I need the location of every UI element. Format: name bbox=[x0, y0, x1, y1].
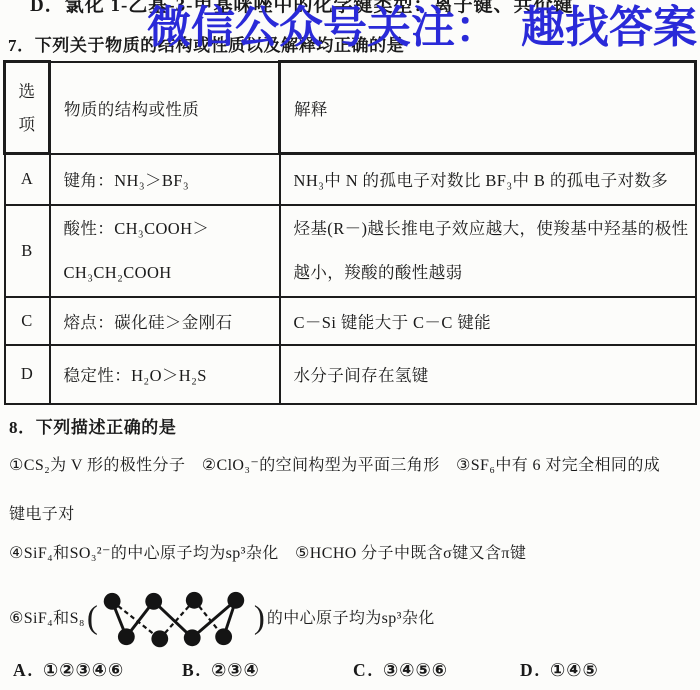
question-8-items-4-5: ④SiF₄和SO₃²⁻的中心原子均为sp³杂化 ⑤HCHO 分子中既含σ键又含π… bbox=[9, 540, 526, 563]
question-8-item-6: ⑥SiF₄和S₈ ( ) 的中心原子均为sp³杂化 bbox=[9, 578, 435, 654]
option-c-value: ③④⑤⑥ bbox=[383, 660, 448, 681]
row-c-explanation: C－Si 键能大于 C－C 键能 bbox=[294, 309, 695, 333]
row-c-option: C bbox=[5, 297, 50, 345]
table-row-a: A 键角：NH₃＞BF₃ NH₃中 N 的孤电子对数比 BF₃中 B 的孤电子对… bbox=[5, 154, 696, 205]
row-a-property: 键角：NH₃＞BF₃ bbox=[64, 167, 279, 191]
table-header-row: 选项 物质的结构或性质 解释 bbox=[5, 62, 696, 154]
exam-page: D．氯化 1-乙基-3-甲基咪唑中的化学键类型：离子键、共价键 微信公众号关注：… bbox=[0, 0, 700, 690]
row-b-option: B bbox=[5, 205, 50, 297]
option-a-value: ①②③④⑥ bbox=[43, 660, 124, 681]
open-paren: ( bbox=[87, 602, 98, 635]
option-a-label: A. bbox=[13, 660, 34, 680]
option-b-value: ②③④ bbox=[211, 660, 260, 681]
question-8-item-3-continued: 键电子对 bbox=[9, 501, 75, 524]
table-row-c: C 熔点：碳化硅＞金刚石 C－Si 键能大于 C－C 键能 bbox=[5, 297, 696, 345]
answer-option-d: D.①④⑤ bbox=[520, 660, 599, 681]
s8-molecule-diagram bbox=[101, 579, 251, 654]
answer-option-b: B.②③④ bbox=[182, 660, 260, 681]
row-a-option: A bbox=[5, 154, 50, 205]
close-paren: ) bbox=[254, 602, 265, 635]
option-c-label: C. bbox=[353, 660, 374, 680]
question-8-items-1-2-3: ①CS₂为 V 形的极性分子 ②ClO₃⁻的空间构型为平面三角形 ③SF₆中有 … bbox=[9, 452, 660, 475]
row-d-option: D bbox=[5, 345, 50, 404]
row-b-explanation: 烃基(R－)越长推电子效应越大，使羧基中羟基的极性 越小，羧酸的酸性越弱 bbox=[294, 207, 695, 295]
header-option: 选项 bbox=[18, 75, 36, 141]
question-7-table: 选项 物质的结构或性质 解释 A 键角：NH₃＞BF₃ NH₃中 N 的孤电子对… bbox=[3, 60, 697, 405]
row-a-explanation: NH₃中 N 的孤电子对数比 BF₃中 B 的孤电子对数多 bbox=[294, 167, 695, 191]
row-b-property: 酸性：CH₃COOH＞ CH₃CH₂COOH bbox=[64, 207, 279, 295]
table-row-b: B 酸性：CH₃COOH＞ CH₃CH₂COOH 烃基(R－)越长推电子效应越大… bbox=[5, 205, 696, 297]
answer-options-row: A.①②③④⑥ B.②③④ C.③④⑤⑥ D.①④⑤ bbox=[0, 660, 700, 690]
option-d-value: ①④⑤ bbox=[550, 660, 599, 681]
item-6-suffix: 的中心原子均为sp³杂化 bbox=[267, 605, 435, 628]
row-d-property: 稳定性：H₂O＞H₂S bbox=[64, 362, 279, 386]
question-8-title: 8．下列描述正确的是 bbox=[9, 413, 177, 438]
header-explanation: 解释 bbox=[294, 96, 694, 120]
answer-option-a: A.①②③④⑥ bbox=[13, 660, 124, 681]
table-row-d: D 稳定性：H₂O＞H₂S 水分子间存在氢键 bbox=[5, 345, 696, 404]
row-d-explanation: 水分子间存在氢键 bbox=[294, 362, 695, 386]
option-b-label: B. bbox=[182, 660, 202, 680]
answer-option-c: C.③④⑤⑥ bbox=[353, 660, 448, 681]
row-c-property: 熔点：碳化硅＞金刚石 bbox=[64, 309, 279, 333]
item-6-prefix: ⑥SiF₄和S₈ bbox=[9, 605, 85, 628]
header-property: 物质的结构或性质 bbox=[64, 96, 278, 120]
wechat-watermark: 微信公众号关注： 趣找答案 bbox=[147, 0, 697, 55]
option-d-label: D. bbox=[520, 660, 541, 680]
